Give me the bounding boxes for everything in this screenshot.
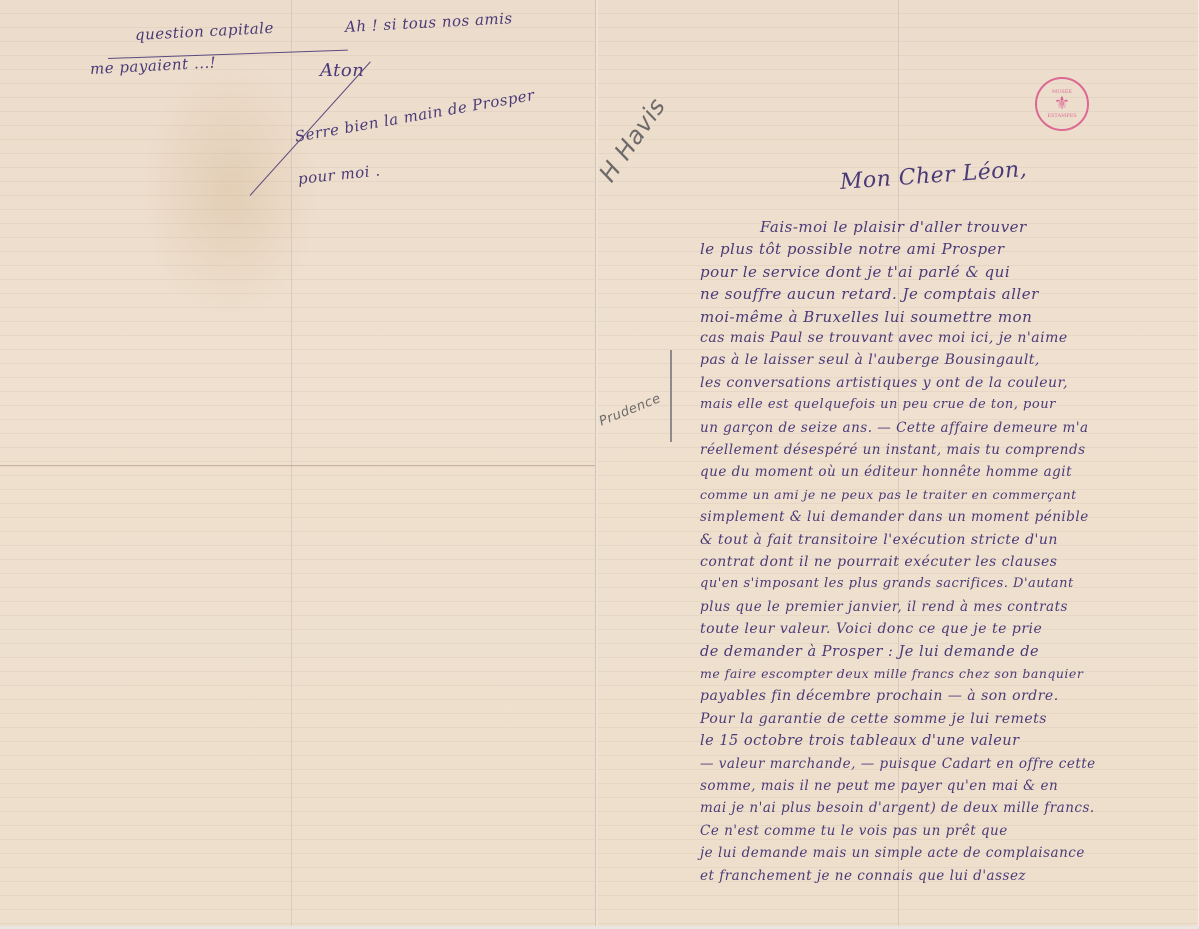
body-line: contrat dont il ne pourrait exécuter les… <box>700 554 1057 570</box>
body-line: mais elle est quelquefois un peu crue de… <box>700 397 1056 412</box>
body-line: comme un ami je ne peux pas le traiter e… <box>700 487 1077 502</box>
body-line: le plus tôt possible notre ami Prosper <box>700 240 1005 258</box>
paper-stain <box>140 60 320 320</box>
body-line: pas à le laisser seul à l'auberge Bousin… <box>700 352 1040 368</box>
postscript-line: question capitale <box>135 19 275 44</box>
body-line: somme, mais il ne peut me payer qu'en ma… <box>700 778 1058 794</box>
signature: Aton <box>320 60 364 81</box>
body-line: ne souffre aucun retard. Je comptais all… <box>700 285 1039 303</box>
body-line: les conversations artistiques y ont de l… <box>700 375 1068 391</box>
library-stamp: MUSÉE ⚜ ESTAMPES <box>1035 77 1089 131</box>
fleur-de-lis-icon: ⚜ <box>1054 95 1070 113</box>
body-line: simplement & lui demander dans un moment… <box>700 509 1089 525</box>
body-line: moi-même à Bruxelles lui soumettre mon <box>700 308 1032 326</box>
postscript-line: Ah ! si tous nos amis <box>345 9 514 36</box>
horizontal-fold <box>0 465 596 467</box>
body-line: payables fin décembre prochain — à son o… <box>700 688 1059 704</box>
body-line: Ce n'est comme tu le vois pas un prêt qu… <box>700 823 1008 839</box>
body-line: que du moment où un éditeur honnête homm… <box>700 464 1072 480</box>
body-line: le 15 octobre trois tableaux d'une valeu… <box>700 733 1020 749</box>
body-line: un garçon de seize ans. — Cette affaire … <box>700 420 1089 436</box>
body-line: plus que le premier janvier, il rend à m… <box>700 599 1068 615</box>
left-page: question capitale me payaient ...! Ah ! … <box>0 0 596 926</box>
body-line: mai je n'ai plus besoin d'argent) de deu… <box>700 800 1095 816</box>
body-line: me faire escompter deux mille francs che… <box>700 666 1083 681</box>
postscript-line: Serre bien la main de Prosper <box>293 86 536 146</box>
pencil-margin-bar <box>670 350 672 442</box>
body-line: Fais-moi le plaisir d'aller trouver <box>760 218 1027 236</box>
body-line: toute leur valeur. Voici donc ce que je … <box>700 621 1042 637</box>
body-line: pour le service dont je t'ai parlé & qui <box>700 263 1010 281</box>
vertical-fold <box>291 0 293 926</box>
body-line: réellement désespéré un instant, mais tu… <box>700 442 1086 458</box>
body-line: — valeur marchande, — puisque Cadart en … <box>700 756 1096 772</box>
body-line: je lui demande mais un simple acte de co… <box>700 845 1085 861</box>
body-line: cas mais Paul se trouvant avec moi ici, … <box>700 330 1068 346</box>
body-line: de demander à Prosper : Je lui demande d… <box>700 644 1039 660</box>
body-line: et franchement je ne connais que lui d'a… <box>700 868 1026 884</box>
body-line: & tout à fait transitoire l'exécution st… <box>700 532 1058 548</box>
body-line: Pour la garantie de cette somme je lui r… <box>700 711 1047 727</box>
body-line: qu'en s'imposant les plus grands sacrifi… <box>700 576 1074 591</box>
